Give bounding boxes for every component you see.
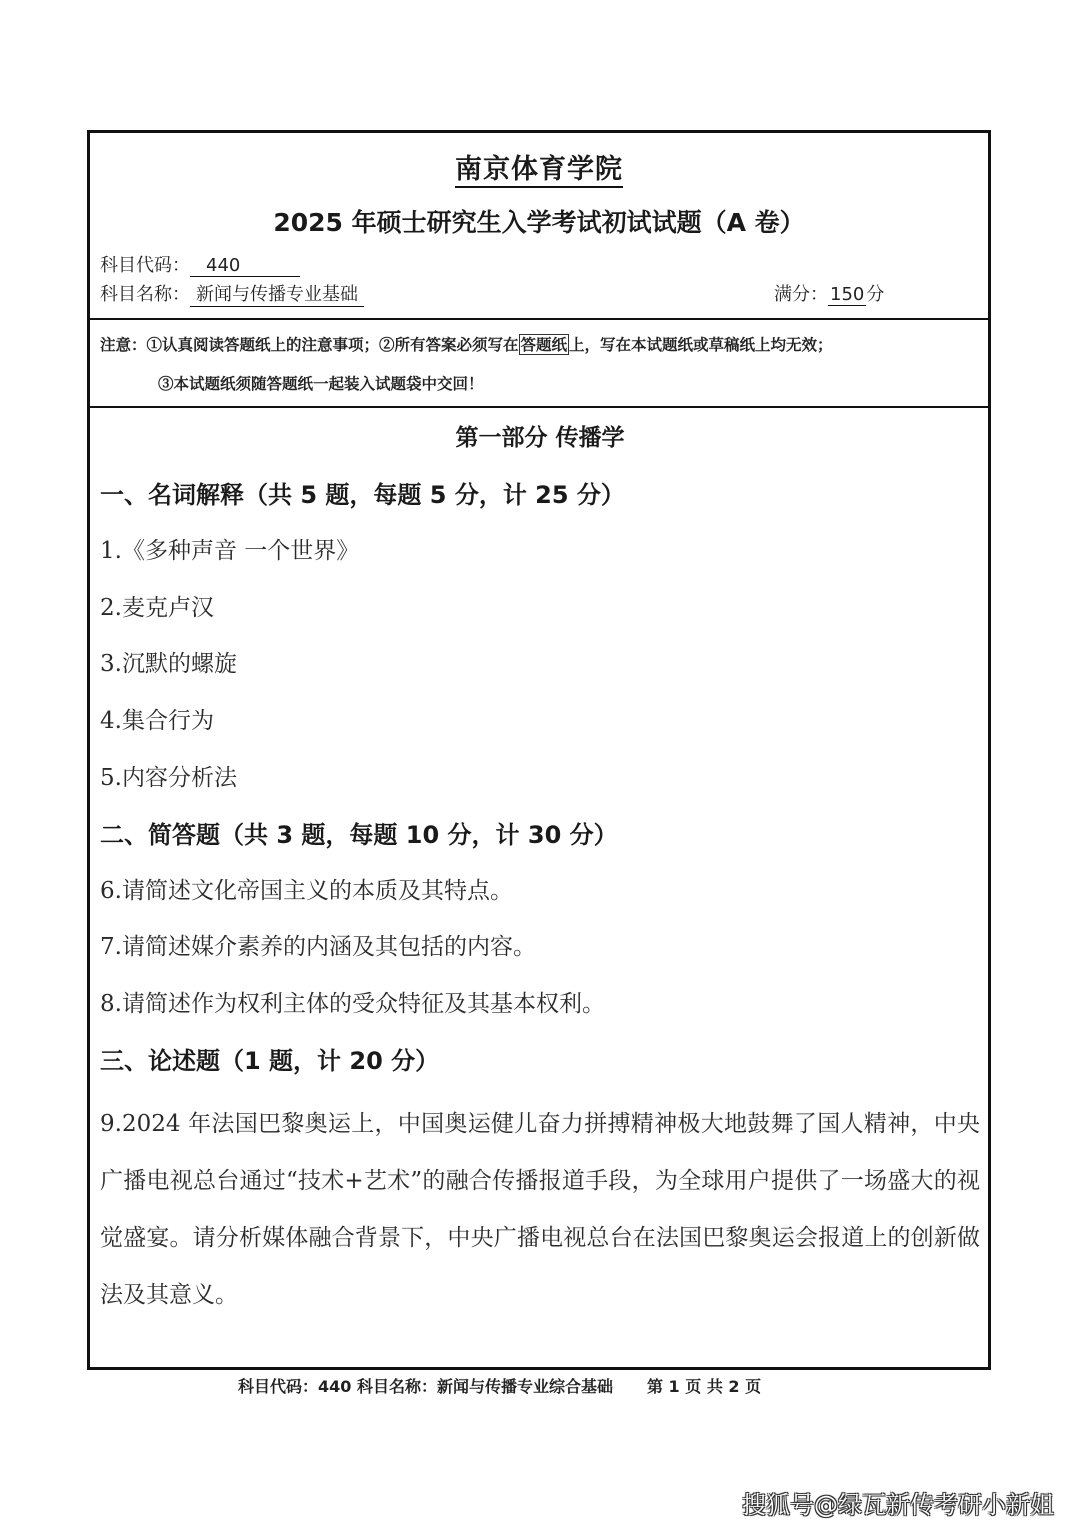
subject-code-label: 科目代码： xyxy=(100,255,190,276)
full-score-label: 满分： xyxy=(774,284,828,305)
full-score-unit: 分 xyxy=(866,284,884,305)
section-heading-1: 一、名词解释（共 5 题，每题 5 分，计 25 分） xyxy=(100,475,625,510)
notice-boxed-term: 答题纸 xyxy=(519,334,570,355)
essay-question: 9.2024 年法国巴黎奥运上，中国奥运健儿奋力拼搏精神极大地鼓舞了国人精神，中… xyxy=(100,1096,980,1324)
subject-name-label: 科目名称： xyxy=(100,284,190,305)
page-footer: 科目代码：440 科目名称：新闻与传播专业综合基础第 1 页 共 2 页 xyxy=(238,1374,761,1397)
footer-subject-info: 科目代码：440 科目名称：新闻与传播专业综合基础 xyxy=(238,1377,613,1396)
section-heading-3: 三、论述题（1 题，计 20 分） xyxy=(100,1041,439,1076)
watermark: 搜狐号@绿瓦新传考研小新姐 xyxy=(742,1485,1054,1520)
notice-line-1-prefix: 注意：①认真阅读答题纸上的注意事项；②所有答案必须写在 xyxy=(100,335,519,354)
subject-code-value: 440 xyxy=(190,255,300,277)
full-score: 满分：150分 xyxy=(774,280,884,306)
question-item: 4.集合行为 xyxy=(100,702,214,735)
question-item: 5.内容分析法 xyxy=(100,759,237,792)
question-item: 3.沉默的螺旋 xyxy=(100,645,237,678)
subject-name-row: 科目名称：新闻与传播专业基础 xyxy=(100,280,364,307)
footer-page-number: 第 1 页 共 2 页 xyxy=(647,1377,761,1396)
subject-code-row: 科目代码：440 xyxy=(100,251,300,277)
part-title: 第一部分 传播学 xyxy=(100,419,980,452)
notice-line-2: ③本试题纸须随答题纸一起装入试题袋中交回！ xyxy=(158,372,484,394)
full-score-value: 150 xyxy=(828,284,866,306)
subject-name-value: 新闻与传播专业基础 xyxy=(190,280,364,307)
question-item: 8.请简述作为权利主体的受众特征及其基本权利。 xyxy=(100,985,605,1018)
school-name-text: 南京体育学院 xyxy=(455,154,623,188)
notice-line-1-suffix: 上，写在本试题纸或草稿纸上均无效； xyxy=(569,335,833,354)
notice-line-1: 注意：①认真阅读答题纸上的注意事项；②所有答案必须写在答题纸上，写在本试题纸或草… xyxy=(100,333,833,355)
section-heading-2: 二、简答题（共 3 题，每题 10 分，计 30 分） xyxy=(100,815,618,850)
question-item: 7.请简述媒介素养的内涵及其包括的内容。 xyxy=(100,928,536,961)
question-item: 2.麦克卢汉 xyxy=(100,589,214,622)
question-item: 1.《多种声音 一个世界》 xyxy=(100,532,359,565)
exam-notice: 注意：①认真阅读答题纸上的注意事项；②所有答案必须写在答题纸上，写在本试题纸或草… xyxy=(90,320,988,408)
school-name: 南京体育学院 xyxy=(90,147,988,186)
exam-header: 南京体育学院 2025 年硕士研究生入学考试初试试题（A 卷） 科目代码：440… xyxy=(90,133,988,320)
question-item: 6.请简述文化帝国主义的本质及其特点。 xyxy=(100,872,513,905)
exam-paper: 南京体育学院 2025 年硕士研究生入学考试初试试题（A 卷） 科目代码：440… xyxy=(87,130,991,1370)
exam-title: 2025 年硕士研究生入学考试初试试题（A 卷） xyxy=(90,203,988,239)
